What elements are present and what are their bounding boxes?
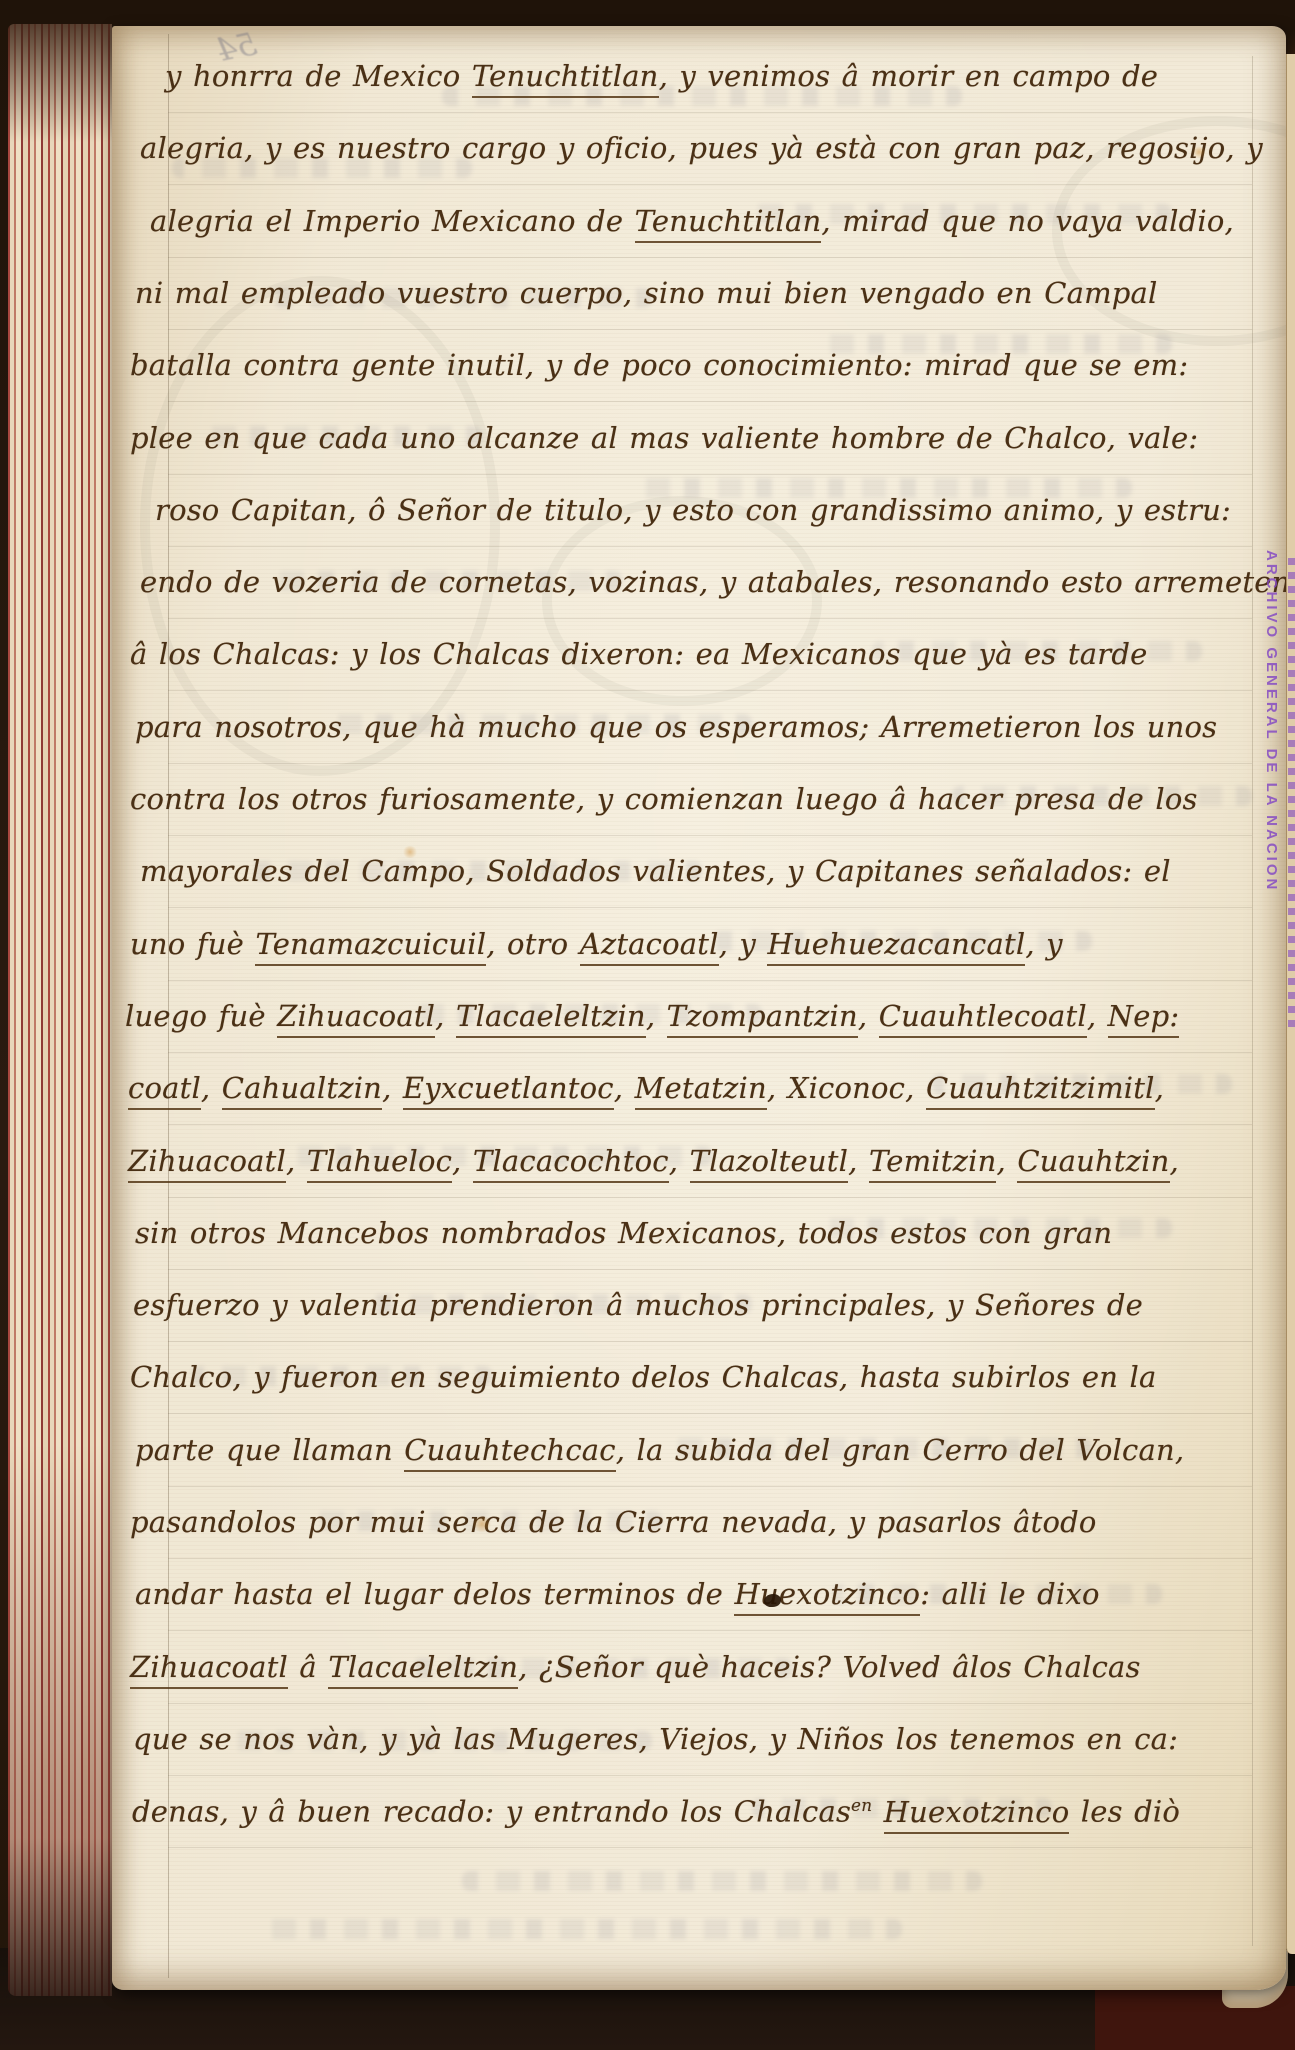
word-segment: para nosotros, que hà mucho que os esper… bbox=[135, 710, 1217, 744]
text-line: esfuerzo y valentia prendieron â muchos … bbox=[133, 1291, 1143, 1320]
superscript-word: en bbox=[851, 1795, 872, 1815]
word-segment: , Xiconoc, bbox=[767, 1071, 926, 1105]
word-segment: , bbox=[646, 999, 667, 1033]
underlined-name: Tzompantzin bbox=[667, 999, 858, 1038]
word-segment: , bbox=[1087, 999, 1108, 1033]
word-segment: , la subida del gran Cerro del Volcan, bbox=[616, 1433, 1185, 1467]
underlined-name: Tenuchtitlan bbox=[635, 204, 822, 243]
text-line: ni mal empleado vuestro cuerpo, sino mui… bbox=[135, 279, 1158, 308]
word-segment: les diò bbox=[1069, 1795, 1180, 1829]
underlined-name: Tenuchtitlan bbox=[472, 59, 659, 98]
word-segment: , bbox=[858, 999, 879, 1033]
word-segment: y honrra de Mexico bbox=[165, 59, 472, 93]
word-segment: , bbox=[1170, 1144, 1179, 1178]
manuscript-page: 54 y honrra de Mexico Tenuchtitlan, y ve… bbox=[112, 26, 1286, 1990]
underlined-name: Tlacaeleltzin bbox=[456, 999, 646, 1038]
word-segment: ni mal empleado vuestro cuerpo, sino mui… bbox=[135, 276, 1158, 310]
ink-blot bbox=[764, 1594, 781, 1607]
word-segment: sin otros Mancebos nombrados Mexicanos, … bbox=[135, 1216, 1112, 1250]
underlined-name: Nep: bbox=[1108, 999, 1180, 1038]
text-line: coatl, Cahualtzin, Eyxcuetlantoc, Metatz… bbox=[128, 1074, 1164, 1103]
underlined-name: Eyxcuetlantoc bbox=[403, 1071, 614, 1110]
text-line: uno fuè Tenamazcuicuil, otro Aztacoatl, … bbox=[130, 930, 1063, 959]
paper-stain bbox=[402, 846, 418, 858]
word-segment: , y bbox=[1025, 927, 1062, 961]
text-line: â los Chalcas: y los Chalcas dixeron: ea… bbox=[130, 640, 1147, 669]
archive-stamp-clipped-line bbox=[1288, 558, 1295, 1028]
text-line: contra los otros furiosamente, y comienz… bbox=[130, 785, 1198, 814]
text-line: Zihuacoatl, Tlahueloc, Tlacacochtoc, Tla… bbox=[128, 1147, 1179, 1176]
text-line: y honrra de Mexico Tenuchtitlan, y venim… bbox=[165, 62, 1158, 91]
underlined-name: Cuauhtzin bbox=[1017, 1144, 1169, 1183]
underlined-name: Tlacacochtoc bbox=[473, 1144, 669, 1183]
text-line: endo de vozeria de cornetas, vozinas, y … bbox=[140, 568, 1290, 597]
underlined-name: coatl bbox=[128, 1071, 201, 1110]
word-segment bbox=[872, 1795, 883, 1829]
text-line: alegria, y es nuestro cargo y oficio, pu… bbox=[140, 134, 1263, 163]
word-segment: â los Chalcas: y los Chalcas dixeron: ea… bbox=[130, 637, 1147, 671]
text-line: parte que llaman Cuauhtechcac, la subida… bbox=[135, 1436, 1184, 1465]
underlined-name: Cuauhtzitzimitl bbox=[926, 1071, 1155, 1110]
underlined-name: Tlacaeleltzin bbox=[328, 1650, 518, 1689]
word-segment: , bbox=[669, 1144, 690, 1178]
text-line: mayorales del Campo, Soldados valientes,… bbox=[140, 857, 1171, 886]
word-segment: pasandolos por mui serca de la Cierra ne… bbox=[130, 1505, 1097, 1539]
text-line: luego fuè Zihuacoatl, Tlacaeleltzin, Tzo… bbox=[125, 1002, 1179, 1031]
word-segment: , bbox=[286, 1144, 307, 1178]
word-segment: andar hasta el lugar delos terminos de bbox=[135, 1577, 734, 1611]
text-line: para nosotros, que hà mucho que os esper… bbox=[135, 713, 1217, 742]
word-segment: , ¿Señor què haceis? Volved âlos Chalcas bbox=[518, 1650, 1140, 1684]
word-segment: parte que llaman bbox=[135, 1433, 404, 1467]
word-segment: alegria el Imperio Mexicano de bbox=[150, 204, 635, 238]
manuscript-text: y honrra de Mexico Tenuchtitlan, y venim… bbox=[112, 26, 1286, 1990]
underlined-name: Huexotzinco bbox=[884, 1795, 1070, 1834]
word-segment: , y bbox=[719, 927, 768, 961]
underlined-name: Huehuezacancatl bbox=[767, 927, 1025, 966]
word-segment: , bbox=[435, 999, 456, 1033]
word-segment: roso Capitan, ô Señor de titulo, y esto … bbox=[155, 493, 1231, 527]
word-segment: , bbox=[1155, 1071, 1164, 1105]
text-line: batalla contra gente inutil, y de poco c… bbox=[130, 351, 1188, 380]
underlined-name: Zihuacoatl bbox=[128, 1144, 286, 1183]
word-segment: , bbox=[201, 1071, 222, 1105]
word-segment: , otro bbox=[486, 927, 580, 961]
word-segment: , mirad que no vaya valdio, bbox=[821, 204, 1234, 238]
word-segment: : alli le dixo bbox=[920, 1577, 1099, 1611]
word-segment: , bbox=[452, 1144, 473, 1178]
underlined-name: Cuauhtechcac bbox=[404, 1433, 615, 1472]
paper-stain bbox=[472, 1516, 492, 1532]
underlined-name: Cahualtzin bbox=[222, 1071, 382, 1110]
word-segment: mayorales del Campo, Soldados valientes,… bbox=[140, 854, 1171, 888]
underlined-name: Temitzin bbox=[869, 1144, 997, 1183]
word-segment: denas, y â buen recado: y entrando los C… bbox=[132, 1795, 851, 1829]
word-segment: endo de vozeria de cornetas, vozinas, y … bbox=[140, 565, 1290, 599]
word-segment: , bbox=[996, 1144, 1017, 1178]
word-segment: batalla contra gente inutil, y de poco c… bbox=[130, 348, 1188, 382]
underlined-name: Aztacoatl bbox=[580, 927, 719, 966]
manuscript-scan: 54 y honrra de Mexico Tenuchtitlan, y ve… bbox=[0, 0, 1295, 2050]
text-line: pasandolos por mui serca de la Cierra ne… bbox=[130, 1508, 1097, 1537]
underlined-name: Metatzin bbox=[635, 1071, 767, 1110]
text-line: sin otros Mancebos nombrados Mexicanos, … bbox=[135, 1219, 1112, 1248]
word-segment: plee en que cada uno alcanze al mas vali… bbox=[130, 421, 1198, 455]
text-line: Chalco, y fueron en seguimiento delos Ch… bbox=[130, 1363, 1157, 1392]
underlined-name: Tlazolteutl bbox=[690, 1144, 849, 1183]
word-segment: uno fuè bbox=[130, 927, 255, 961]
archive-stamp-text: ARCHIVO GENERAL DE LA NACION bbox=[1263, 550, 1280, 892]
word-segment: , bbox=[614, 1071, 635, 1105]
underlined-name: Zihuacoatl bbox=[130, 1650, 288, 1689]
word-segment: que se nos vàn, y yà las Mugeres, Viejos… bbox=[133, 1722, 1178, 1756]
underlined-name: Zihuacoatl bbox=[277, 999, 435, 1038]
marbled-fore-edge bbox=[8, 24, 112, 1996]
word-segment: , y venimos â morir en campo de bbox=[659, 59, 1159, 93]
archive-stamp: ARCHIVO GENERAL DE LA NACION bbox=[1252, 548, 1286, 1053]
underlined-name: Tlahueloc bbox=[307, 1144, 452, 1183]
text-line: roso Capitan, ô Señor de titulo, y esto … bbox=[155, 496, 1231, 525]
text-line: andar hasta el lugar delos terminos de H… bbox=[135, 1580, 1100, 1609]
word-segment: Chalco, y fueron en seguimiento delos Ch… bbox=[130, 1360, 1157, 1394]
underlined-name: Cuauhtlecoatl bbox=[879, 999, 1087, 1038]
text-line: alegria el Imperio Mexicano de Tenuchtit… bbox=[150, 207, 1234, 236]
text-line: plee en que cada uno alcanze al mas vali… bbox=[130, 424, 1198, 453]
underlined-name: Tenamazcuicuil bbox=[255, 927, 486, 966]
text-line: denas, y â buen recado: y entrando los C… bbox=[132, 1797, 1180, 1827]
word-segment: alegria, y es nuestro cargo y oficio, pu… bbox=[140, 131, 1263, 165]
word-segment: esfuerzo y valentia prendieron â muchos … bbox=[133, 1288, 1143, 1322]
text-line: que se nos vàn, y yà las Mugeres, Viejos… bbox=[133, 1725, 1178, 1754]
word-segment: luego fuè bbox=[125, 999, 277, 1033]
word-segment: â bbox=[288, 1650, 328, 1684]
word-segment: , bbox=[382, 1071, 403, 1105]
paper-stain bbox=[1192, 146, 1206, 158]
word-segment: contra los otros furiosamente, y comienz… bbox=[130, 782, 1198, 816]
underlined-name: Huexotzinco bbox=[734, 1577, 920, 1616]
text-line: Zihuacoatl â Tlacaeleltzin, ¿Señor què h… bbox=[130, 1653, 1141, 1682]
word-segment: , bbox=[848, 1144, 869, 1178]
